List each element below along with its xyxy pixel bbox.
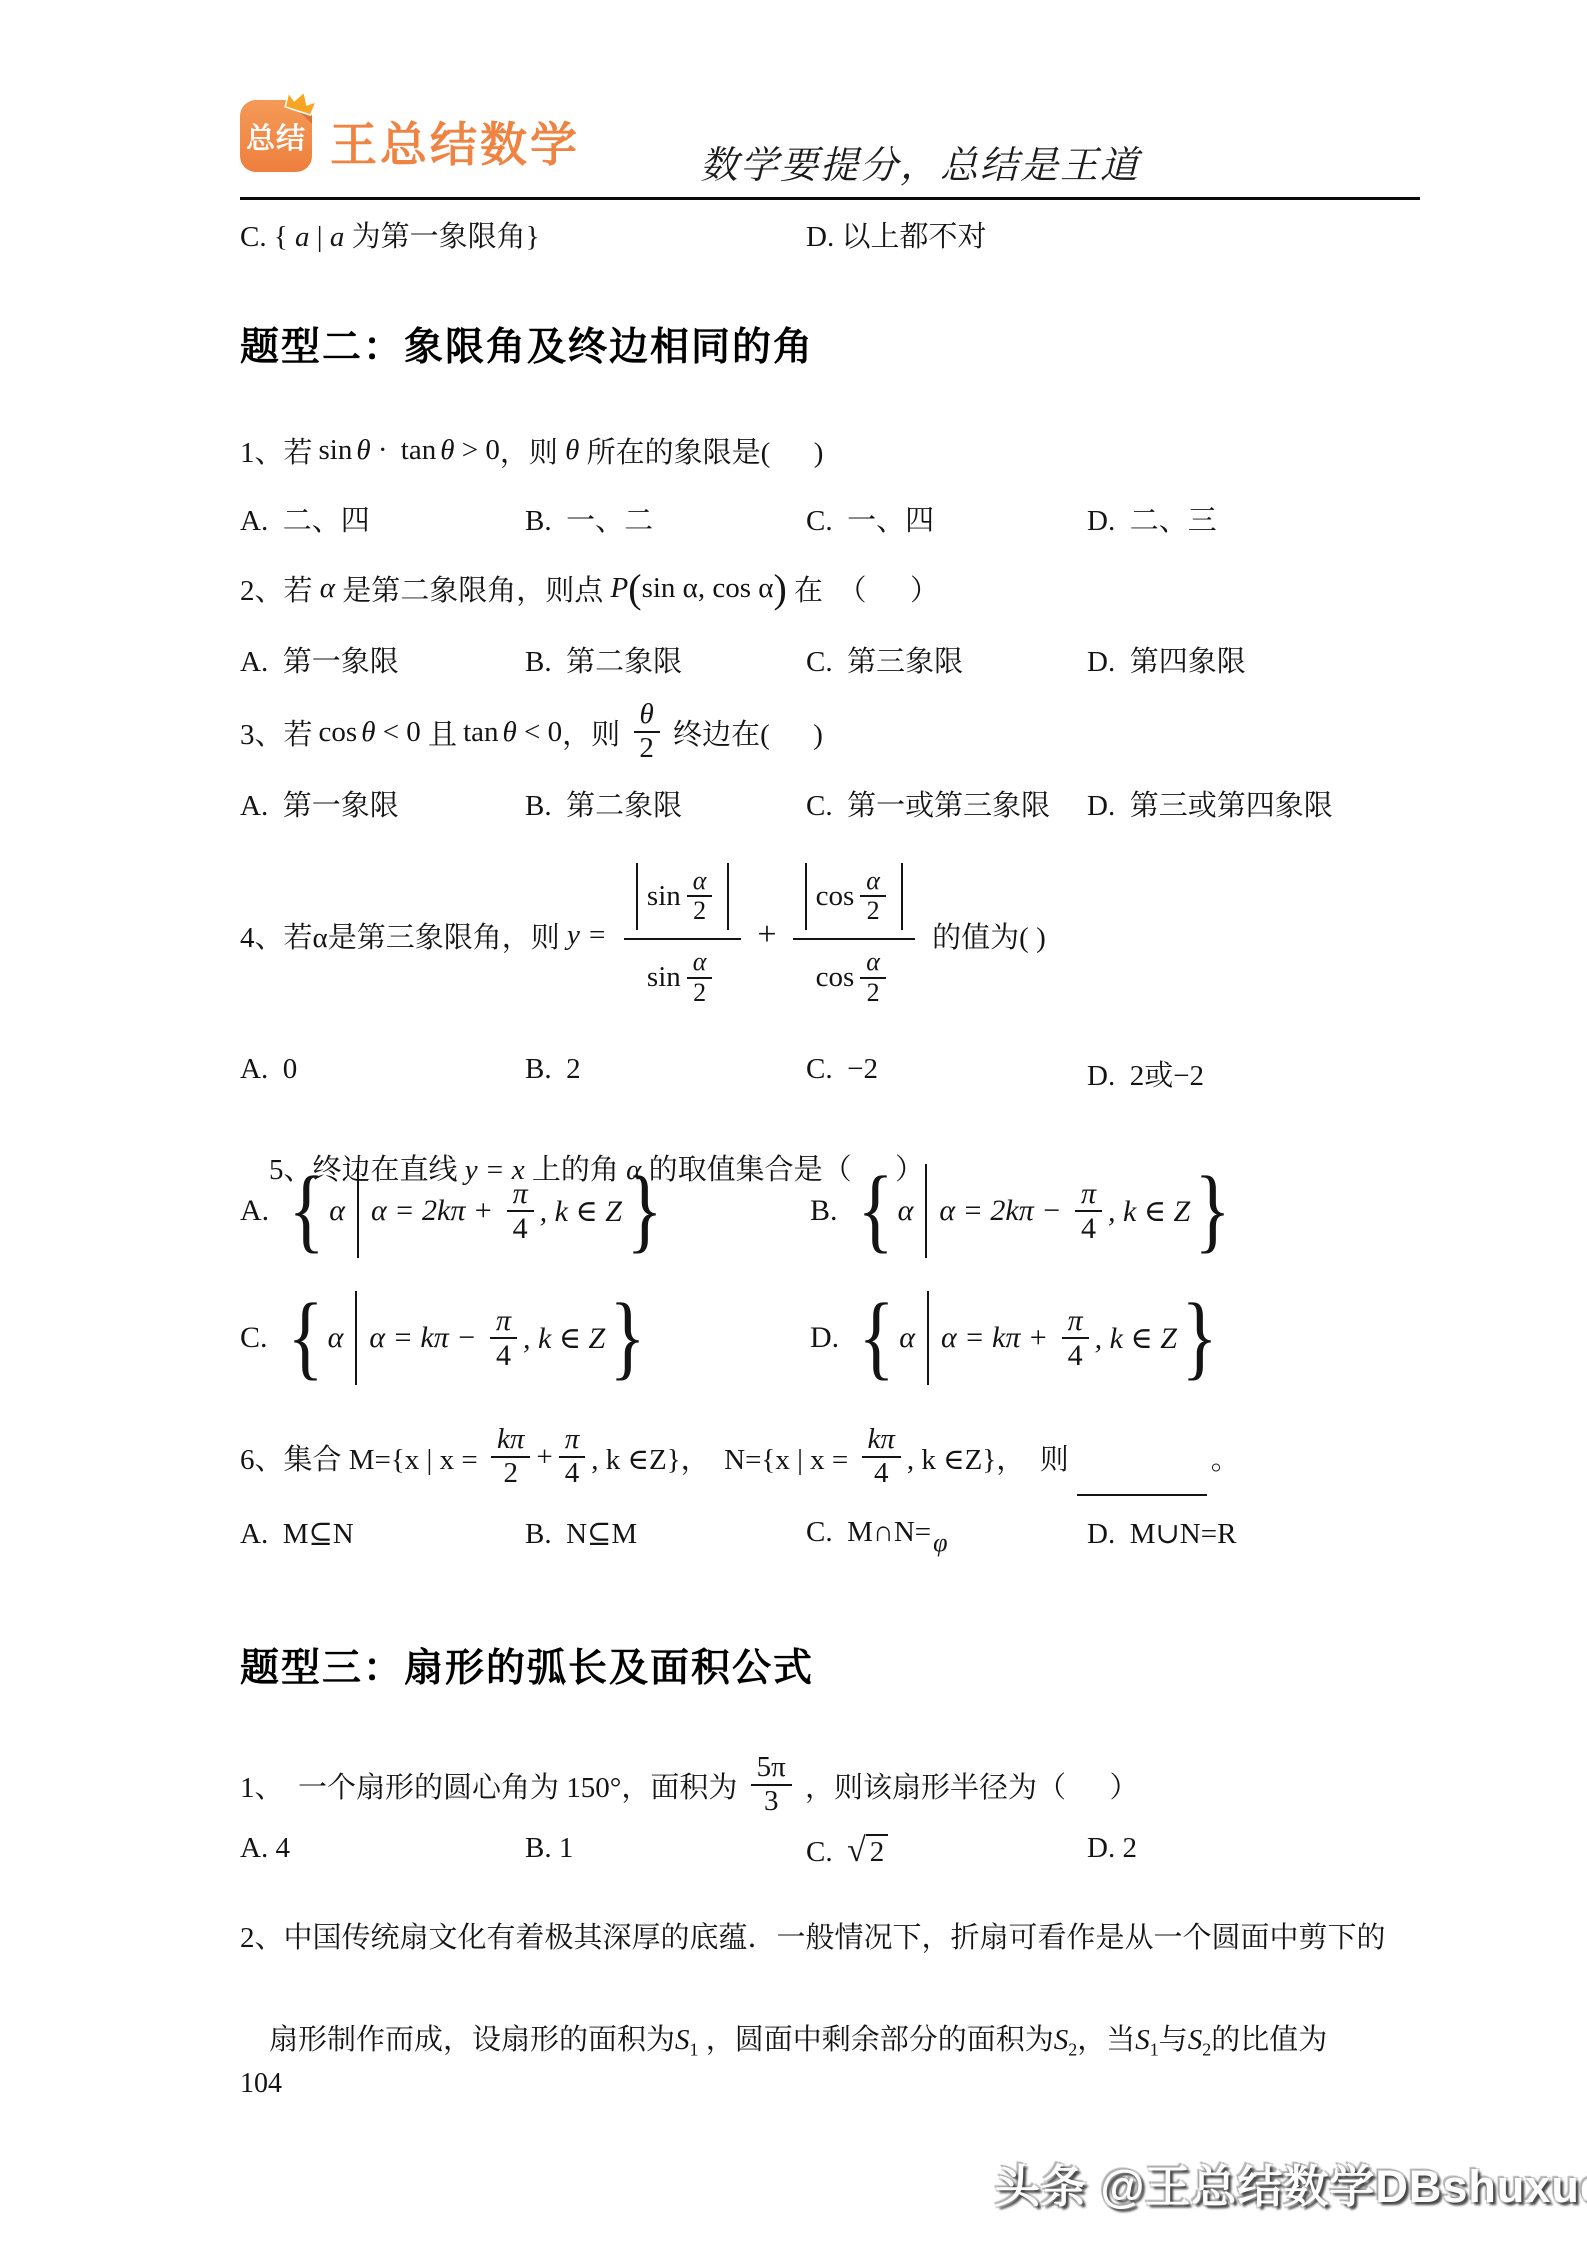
option-b: B. 2 [525, 1053, 581, 1086]
option-d: D. 2 [1087, 1832, 1137, 1865]
option-c: C. {αα = kπ − π4, k ∈ Z} [240, 1291, 650, 1385]
question-1-stem: 1、若sinθ · tanθ > 0，则 θ 所在的象限是( ) [240, 424, 823, 476]
section3-question-1-options: A. 4 B. 1 C. √2 D. 2 [240, 1832, 1500, 1874]
section3-question-1-stem: 1、 一个扇形的圆心角为 150°，面积为 5π3 ，则该扇形半径为（ ） [240, 1744, 1139, 1826]
fraction-5pi-over-3: 5π3 [751, 1752, 792, 1818]
question-5-options-cd: C. {αα = kπ − π4, k ∈ Z} D. {αα = kπ + π… [240, 1291, 1500, 1417]
brand-title: 王总结数学 [330, 108, 580, 175]
option-d: D. 二、三 [1087, 498, 1217, 539]
option-d: D. 第三或第四象限 [1087, 783, 1333, 824]
option-c: C. 第三象限 [806, 639, 963, 680]
question-2-stem: 2、若 α 是第二象限角，则点 P(sin α, cos α) 在 （ ） [240, 560, 939, 616]
carryover-options-row: C. { a | a 为第一象限角} D. 以上都不对 [240, 214, 1500, 256]
option-a: A. M⊆N [240, 1516, 354, 1551]
option-d: D. {αα = kπ + π4, k ∈ Z} [810, 1291, 1222, 1385]
question-1-options: A. 二、四 B. 一、二 C. 一、四 D. 二、三 [240, 498, 1500, 540]
phi-symbol: φ [933, 1528, 947, 1557]
set-divider-bar [927, 1291, 929, 1385]
question-3-stem: 3、若cosθ < 0 且tanθ < 0，则 θ2 终边在( ) [240, 689, 823, 775]
option-b: B. N⊆M [525, 1516, 637, 1551]
option-d: D. 2或−2 [1087, 1053, 1204, 1094]
section3-heading: 题型三：扇形的弧长及面积公式 [240, 1637, 814, 1693]
fraction-kpi-over-4: kπ4 [862, 1424, 901, 1490]
option-d: D. M∪N=R [1087, 1516, 1236, 1551]
question-2-options: A. 第一象限 B. 第二象限 C. 第三象限 D. 第四象限 [240, 639, 1500, 681]
option-b: B. 第二象限 [525, 639, 682, 680]
section3-question-2-line1: 2、中国传统扇文化有着极其深厚的底蕴．一般情况下，折扇可看作是从一个圆面中剪下的 [240, 1920, 1386, 1956]
page-number: 104 [240, 2068, 282, 2100]
option-c: C. −2 [806, 1053, 878, 1086]
option-a: A. {αα = 2kπ + π4, k ∈ Z} [240, 1164, 667, 1258]
option-c: C. M∩N=φ [806, 1516, 948, 1549]
worksheet-page: 总结 王总结数学 数学要提分，总结是王道 C. { a | a 为第一象限角} … [0, 0, 1587, 2245]
question-6-options: A. M⊆N B. N⊆M C. M∩N=φ D. M∪N=R [240, 1516, 1500, 1558]
option-c: C. 第一或第三象限 [806, 783, 1050, 824]
header-divider [240, 197, 1420, 200]
option-a: A. 0 [240, 1053, 297, 1086]
fraction-abs-cos: cosα2 cosα2 [793, 861, 915, 1009]
question-4-options: A. 0 B. 2 C. −2 D. 2或−2 [240, 1053, 1500, 1095]
option-b: B. 第二象限 [525, 783, 682, 824]
option-a: A. 二、四 [240, 498, 370, 539]
option-c: C. 一、四 [806, 498, 934, 539]
set-divider-bar [355, 1291, 357, 1385]
set-divider-bar [357, 1164, 359, 1258]
brand-tagline: 数学要提分，总结是王道 [700, 134, 1140, 189]
fraction-theta-over-2: θ2 [633, 699, 660, 765]
question-3-options: A. 第一象限 B. 第二象限 C. 第一或第三象限 D. 第三或第四象限 [240, 783, 1500, 825]
option-c: C. √2 [806, 1832, 888, 1870]
plus-sign: + [757, 916, 776, 954]
option-a: A. 第一象限 [240, 783, 399, 824]
fraction-pi-over-4: π4 [559, 1424, 586, 1490]
option-d: D. 以上都不对 [806, 214, 986, 255]
watermark: 头条 @王总结数学DBshuxue [995, 2150, 1587, 2215]
section2-heading: 题型二：象限角及终边相同的角 [240, 316, 814, 372]
question-5-options-ab: A. {αα = 2kπ + π4, k ∈ Z} B. {αα = 2kπ −… [240, 1164, 1500, 1290]
fraction-abs-sin: sinα2 sinα2 [624, 861, 742, 1009]
option-a: A. 4 [240, 1832, 290, 1865]
question-4-stem: 4、若α是第三象限角，则 y = sinα2 sinα2 + cosα2 cos… [240, 848, 1046, 1022]
fraction-kpi-over-2: kπ2 [491, 1424, 530, 1490]
option-c: C. { a | a 为第一象限角} [240, 214, 540, 255]
option-a: A. 第一象限 [240, 639, 399, 680]
question-6-stem: 6、集合 M={x | x = kπ2+π4, k ∈Z}， N={x | x … [240, 1412, 1240, 1502]
section3-question-2-line2: 扇形制作而成，设扇形的面积为S1 ，圆面中剩余部分的面积为S2，当S1与S2的比… [240, 1986, 1327, 2103]
brand-badge-text: 总结 [246, 116, 306, 157]
option-b: B. 1 [525, 1832, 573, 1865]
option-b: B. 一、二 [525, 498, 653, 539]
option-d: D. 第四象限 [1087, 639, 1246, 680]
radical-sign: √ [847, 1832, 866, 1869]
option-b: B. {αα = 2kπ − π4, k ∈ Z} [810, 1164, 1235, 1258]
answer-blank [1077, 1464, 1207, 1496]
set-divider-bar [925, 1164, 927, 1258]
